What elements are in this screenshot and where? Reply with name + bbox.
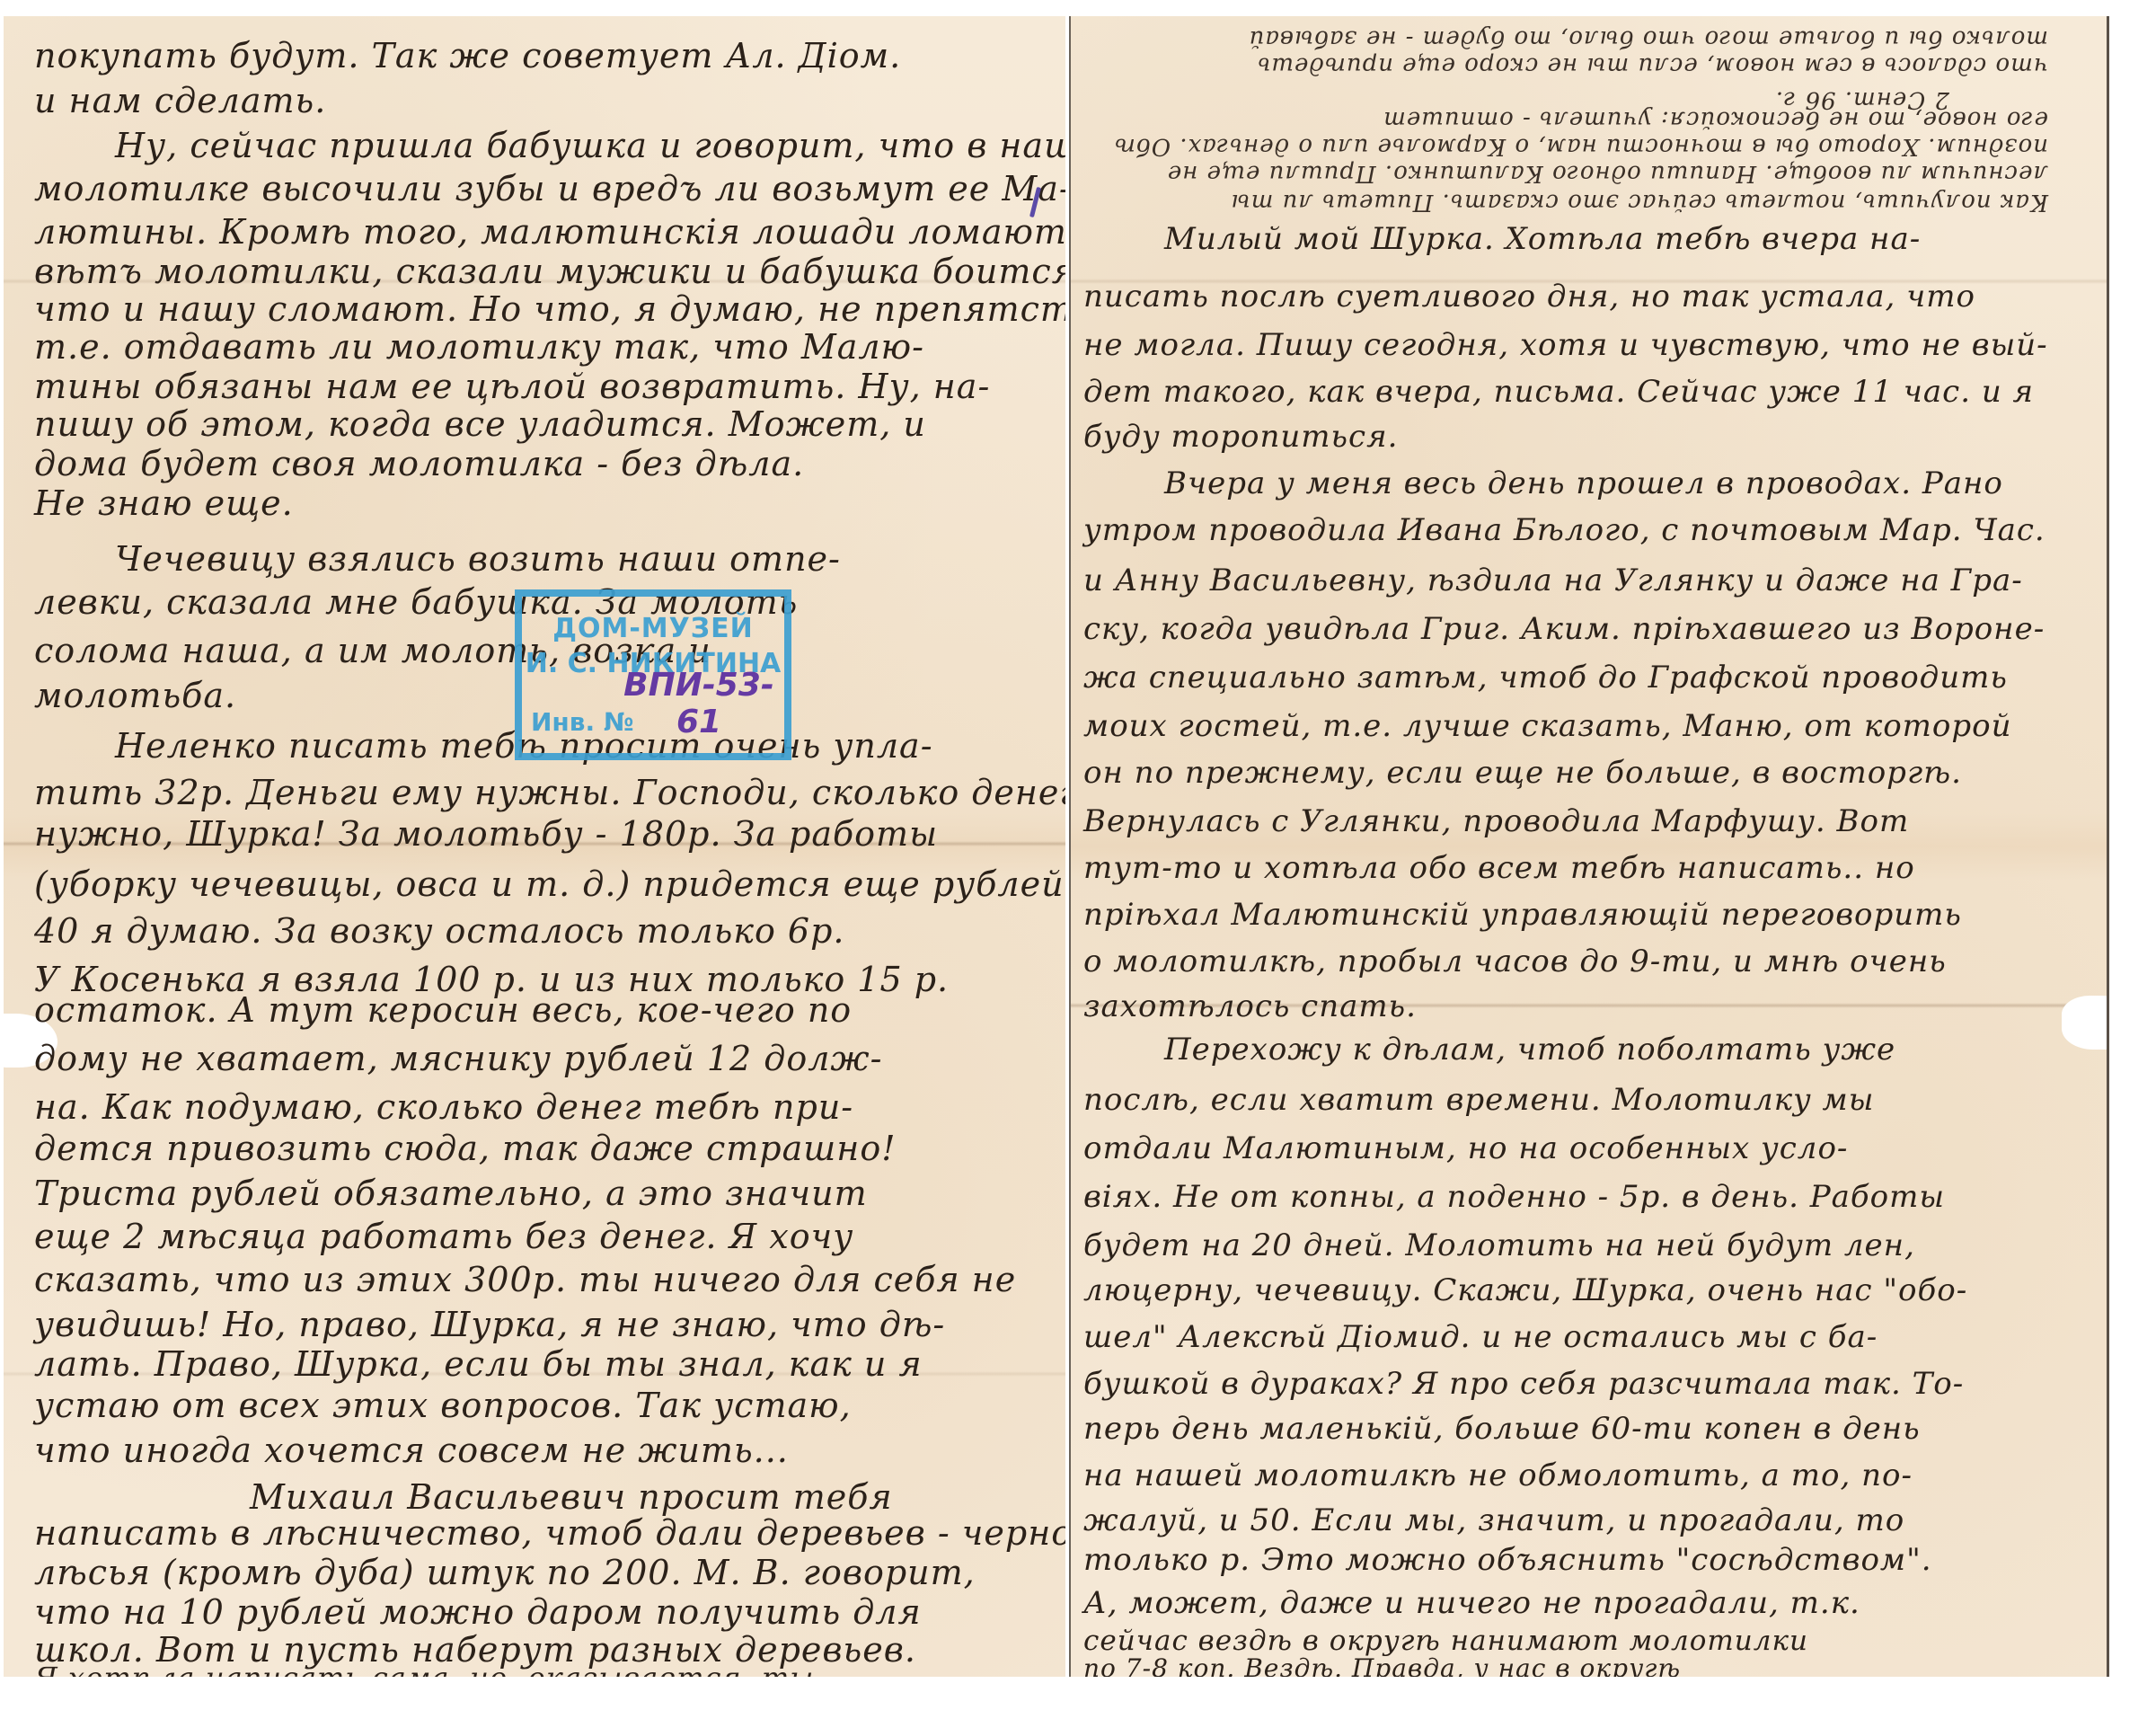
text-line: будет на 20 дней. Молотить на ней будут … <box>1083 1227 1915 1263</box>
text-line: утром проводила Ивана Бѣлого, с почтовым… <box>1083 512 2046 548</box>
museum-stamp: ДОМ-МУЗЕЙ И. С. НИКИТИНА Инв. № ВПИ-53-6… <box>515 589 791 760</box>
right-page: Как получишь, пошлешь сейчас это сказать… <box>1069 16 2109 1677</box>
postscript-line: Как получишь, пошлешь сейчас это сказать… <box>1230 189 2048 216</box>
postscript-line: что сдалось в сем новом, если ты не скор… <box>1257 52 2048 79</box>
text-line: т.е. отдавать ли молотилку так, что Малю… <box>34 327 924 367</box>
text-line: пишу об этом, когда все уладится. Может,… <box>34 404 926 444</box>
text-line: Триста рублей обязательно, а это значит <box>34 1174 868 1213</box>
text-line: лать. Право, Шурка, если бы ты знал, как… <box>34 1344 923 1384</box>
text-line: тут-то и хотѣла обо всем тебѣ написать..… <box>1083 850 1915 886</box>
letter-date: 2 Сент. 96 г. <box>1775 86 1949 113</box>
text-line: он по прежнему, если еще не больше, в во… <box>1083 755 1962 791</box>
text-line: только р. Это можно объяснить "сосѣдство… <box>1083 1542 1932 1578</box>
text-line: Чечевицу взялись возить наши отпе- <box>34 539 841 579</box>
text-line: дет такого, как вчера, письма. Сейчас уж… <box>1083 374 2034 410</box>
paper-tear <box>2062 996 2109 1050</box>
text-line: и Анну Васильевну, ѣздила на Углянку и д… <box>1083 563 2023 598</box>
text-line: перь день маленькій, больше 60-ти копен … <box>1083 1411 1921 1447</box>
text-line: молотилке высочили зубы и вредъ ли возьм… <box>34 169 1065 208</box>
left-page: покупать будут. Так же советует Ал. Діом… <box>4 16 1065 1677</box>
text-line: Вернулась с Углянки, проводила Марфушу. … <box>1083 803 1909 839</box>
text-line: на нашей молотилкѣ не обмолотить, а то, … <box>1083 1457 1913 1493</box>
upside-down-postscript: Как получишь, пошлешь сейчас это сказать… <box>1071 16 2109 232</box>
text-line: (уборку чечевицы, овса и т. д.) придется… <box>34 864 1065 904</box>
text-line: покупать будут. Так же советует Ал. Діом… <box>34 36 901 75</box>
text-line: нужно, Шурка! За молотьбу - 180р. За раб… <box>34 814 938 854</box>
text-line: лютины. Кромѣ того, малютинскія лошади л… <box>34 212 1065 252</box>
text-line: что иногда хочется совсем не жить... <box>34 1431 789 1470</box>
text-line: Вчера у меня весь день прошел в проводах… <box>1083 465 2003 501</box>
text-line: сейчас вездѣ в округѣ нанимают молотилки <box>1083 1625 1808 1657</box>
text-line: тины обязаны нам ее цѣлой возвратить. Ну… <box>34 367 990 406</box>
text-line: отдали Малютиным, но на особенных усло- <box>1083 1130 1848 1166</box>
text-line: жалуй, и 50. Если мы, значит, и прогадал… <box>1083 1502 1904 1538</box>
text-line: и нам сделать. <box>34 81 326 120</box>
text-line: о молотилкѣ, пробыл часов до 9-ти, и мнѣ… <box>1083 944 1947 979</box>
text-line: Не знаю еще. <box>34 483 294 523</box>
stamp-museum-name: ДОМ-МУЗЕЙ <box>522 613 784 644</box>
text-line: Михаил Васильевич просит тебя <box>34 1477 893 1517</box>
text-line: моих гостей, т.е. лучше сказать, Маню, о… <box>1083 708 2012 744</box>
text-line: тить 32р. Деньги ему нужны. Господи, ско… <box>34 773 1065 812</box>
text-line: по 7-8 коп. Вездѣ. Правда, у нас в округ… <box>1083 1653 1681 1677</box>
postscript-line: только бы и больше того что было, то буд… <box>1249 25 2048 52</box>
text-line: 40 я думаю. За возку осталось только 6р. <box>34 911 845 951</box>
text-line: жа специально затѣм, чтоб до Графской пр… <box>1083 660 2008 696</box>
text-line: устаю от всех этих вопросов. Так устаю, <box>34 1386 852 1425</box>
text-line: молотьба. <box>34 676 236 715</box>
text-line: ску, когда увидѣла Григ. Аким. пріѣхавше… <box>1083 611 2045 647</box>
text-line: сказать, что из этих 300р. ты ничего для… <box>34 1260 1016 1299</box>
text-line: люцерну, чечевицу. Скажи, Шурка, очень н… <box>1083 1272 1967 1308</box>
text-line: лѣсья (кромѣ дуба) штук по 200. М. В. го… <box>34 1553 976 1592</box>
text-line: віях. Не от копны, а поденно - 5р. в ден… <box>1083 1179 1945 1215</box>
postscript-line: поздним. Хорошо бы в точности нам, о Кар… <box>1114 133 2048 160</box>
text-line: Ну, сейчас пришла бабушка и говорит, что… <box>34 126 1065 165</box>
text-line: шел" Алексѣй Діомид. и не остались мы с … <box>1083 1319 1878 1355</box>
text-line: Милый мой Шурка. Хотѣла тебѣ вчера на- <box>1083 221 1921 257</box>
text-line: захотѣлось спать. <box>1083 988 1417 1024</box>
text-line: еще 2 мѣсяца работать без денег. Я хочу <box>34 1217 853 1256</box>
text-line: пріѣхал Малютинскій управляющій перегово… <box>1083 897 1962 933</box>
postscript-line: лесничим ли вообще. Напиши одного Калити… <box>1167 160 2048 187</box>
text-line: написать в лѣсничество, чтоб дали деревь… <box>34 1513 1065 1553</box>
text-line: дому не хватает, мяснику рублей 12 долж- <box>34 1039 882 1078</box>
text-line: послѣ, если хватит времени. Молотилку мы <box>1083 1082 1874 1118</box>
text-line: увидишь! Но, право, Шурка, я не знаю, чт… <box>34 1305 945 1344</box>
text-line: Перехожу к дѣлам, чтоб поболтать уже <box>1083 1032 1895 1068</box>
text-line: не могла. Пишу сегодня, хотя и чувствую,… <box>1083 327 2048 363</box>
text-line: писать послѣ суетливого дня, но так уста… <box>1083 279 1975 315</box>
text-line: А, может, даже и ничего не прогадали, т.… <box>1083 1585 1860 1621</box>
text-line: дется привозить сюда, так даже страшно! <box>34 1129 896 1168</box>
text-line: Неленко писать тебѣ просит очень упла- <box>34 726 933 766</box>
text-line: остаток. А тут керосин весь, кое-чего по <box>34 990 852 1030</box>
text-line: что и нашу сломают. Но что, я думаю, не … <box>34 289 1065 329</box>
text-line: на. Как подумаю, сколько денег тебѣ при- <box>34 1087 853 1127</box>
text-line: буду торопиться. <box>1083 419 1398 455</box>
text-line: дома будет своя молотилка - без дѣла. <box>34 444 804 483</box>
text-line: вѣтъ молотилки, сказали мужики и бабушка… <box>34 252 1065 291</box>
stamp-inventory-number: ВПИ-53-61 <box>614 667 784 740</box>
text-line: бушкой в дураках? Я про себя разсчитала … <box>1083 1366 1964 1402</box>
text-line: что на 10 рублей можно даром получить дл… <box>34 1592 922 1632</box>
letter-scan: покупать будут. Так же советует Ал. Діом… <box>0 0 2156 1710</box>
text-line: Я хотѣла написать сама, но, оказывается,… <box>34 1661 814 1677</box>
